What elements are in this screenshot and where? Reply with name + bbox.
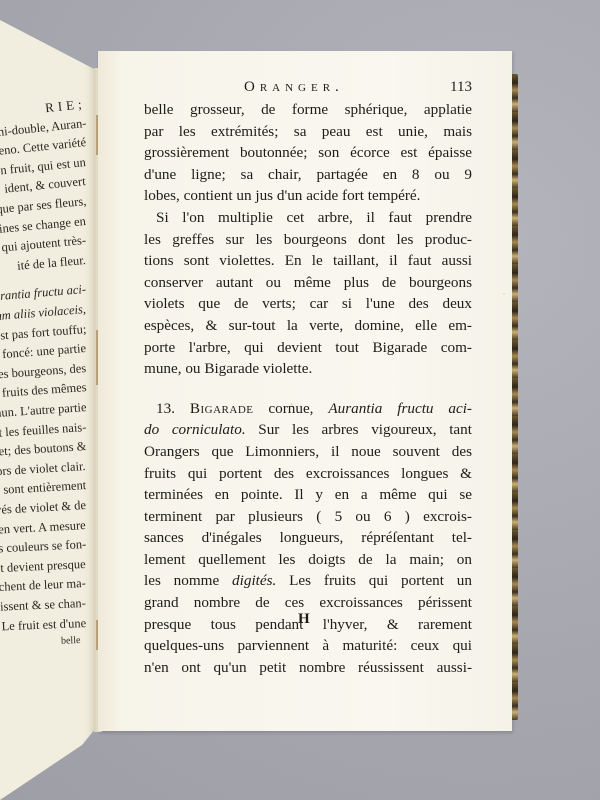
text-line: fruits qui portent des excroissances lon… <box>144 463 472 485</box>
page-number: 113 <box>450 79 472 96</box>
text-line: terminées en pointe. Il y en a même qui … <box>144 484 472 506</box>
text-line: violets que de verts; car si l'une des d… <box>144 293 472 315</box>
left-page-line: est foncé: une partie <box>0 341 87 363</box>
entry-descriptor: cornue, <box>268 400 313 417</box>
left-page-line: te en vert. A mesure <box>0 518 86 538</box>
term-digites: digités. <box>232 572 276 589</box>
left-page-line: t des bourgeons, des <box>0 361 87 383</box>
text-line: lobes, contient un jus d'un acide fort t… <box>144 185 472 207</box>
text-span: Sur les arbres vigoureux, tant <box>258 421 472 438</box>
text-line: espèces, & sur-tout la verte, domine, el… <box>144 315 472 337</box>
left-page-line: prochent de leur ma- <box>0 576 86 596</box>
left-page-line: ncé. Le fruit est d'une <box>0 616 86 635</box>
left-page-line: ns sont entièrement <box>0 478 86 498</box>
text-line: par les extrémités; sa peau est unie, ma… <box>144 121 472 143</box>
text-line: porte l'arbre, qui devient tout Bigarade… <box>144 337 472 359</box>
left-page-line: ors de violet clair. <box>0 459 86 479</box>
left-page-line: , ces couleurs se fon- <box>0 537 86 557</box>
text-line: d'une ligne; sa chair, partagée en 8 ou … <box>144 164 472 186</box>
paragraph-3-entry-13: 13. Bigarade cornue, Aurantia fructu aci… <box>144 398 472 679</box>
latin-name: Aurantia fructu aci- <box>328 400 472 417</box>
marbled-cover-edge <box>512 74 518 720</box>
left-page-line: sparoissent & se chan- <box>0 596 86 616</box>
text-span: les nomme <box>144 572 219 589</box>
left-page-line: n'est pas fort touffu; <box>0 322 87 345</box>
left-page-line: ctuum aliis violaceis, <box>0 302 87 325</box>
text-line: belle grosseur, de forme sphérique, appl… <box>144 99 472 121</box>
left-page-line: que par ses fleurs, <box>0 194 87 217</box>
text-span: Les fruits qui portent un <box>289 572 472 589</box>
text-line: n'en ont qu'un petit nombre réussissent … <box>144 657 472 679</box>
text-line: les nomme digités. Les fruits qui porten… <box>144 570 472 592</box>
text-line: grossièrement boutonnée; son écorce est … <box>144 142 472 164</box>
signature-mark: H <box>298 611 310 628</box>
page-text: Oranger. 113 belle grosseur, de forme sp… <box>144 75 472 678</box>
text-line: les greffes sur les bourgeons dont les p… <box>144 229 472 251</box>
left-page-line: olet devient presque <box>0 557 86 577</box>
running-head: Oranger. 113 <box>144 75 472 99</box>
text-line: Orangers que Limonniers, il noue souvent… <box>144 441 472 463</box>
left-page-line: commun. L'autre partie <box>0 400 86 423</box>
left-page-line: des fruits des mêmes <box>0 380 87 402</box>
latin-name: do corniculato. <box>144 421 246 438</box>
paragraph-2: Si l'on multiplie cet arbre, il faut pre… <box>144 207 472 380</box>
text-line: tions sont violettes. En le taillant, il… <box>144 250 472 272</box>
text-line: sances d'inégales longueurs, répréſentan… <box>144 527 472 549</box>
left-page-line: ité de la fleur. <box>17 253 87 274</box>
left-page-line: belle <box>60 635 80 647</box>
paragraph-1: belle grosseur, de forme sphérique, appl… <box>144 99 472 207</box>
text-line: Si l'on multiplie cet arbre, il faut pre… <box>144 207 472 229</box>
entry-heading-line: 13. Bigarade cornue, Aurantia fructu aci… <box>144 398 472 420</box>
entry-number: 13. <box>156 400 175 417</box>
left-page-line: let; des boutons & <box>0 439 86 460</box>
left-page-line: yés de violet & de <box>0 498 86 518</box>
left-page-text: RIE;mi-double, Auran-deno. Cette variété… <box>0 0 96 800</box>
left-page-line: RIE; <box>45 96 87 116</box>
left-page-line: , qui ajoutent très- <box>0 233 87 256</box>
running-head-title: Oranger. <box>244 79 344 96</box>
foxing-spot <box>503 293 505 295</box>
text-line: terminent par plusieurs ( 5 ou 6 ) excro… <box>144 506 472 528</box>
left-page-line: ont les feuilles nais- <box>0 420 86 441</box>
left-page: RIE;mi-double, Auran-deno. Cette variété… <box>0 0 96 800</box>
right-page: Oranger. 113 belle grosseur, de forme sp… <box>98 51 512 731</box>
text-line: lement quellement les doigts de la main;… <box>144 549 472 571</box>
text-line: quelques-uns parviennent à maturité: ceu… <box>144 635 472 657</box>
left-page-line: ident, & couvert <box>4 174 87 197</box>
text-line: do corniculato. Sur les arbres vigoureux… <box>144 419 472 441</box>
text-line: mune, ou Bigarade violette. <box>144 358 472 380</box>
text-line: conserver autant ou même plus de bourgeo… <box>144 272 472 294</box>
entry-name: Bigarade <box>190 400 254 417</box>
